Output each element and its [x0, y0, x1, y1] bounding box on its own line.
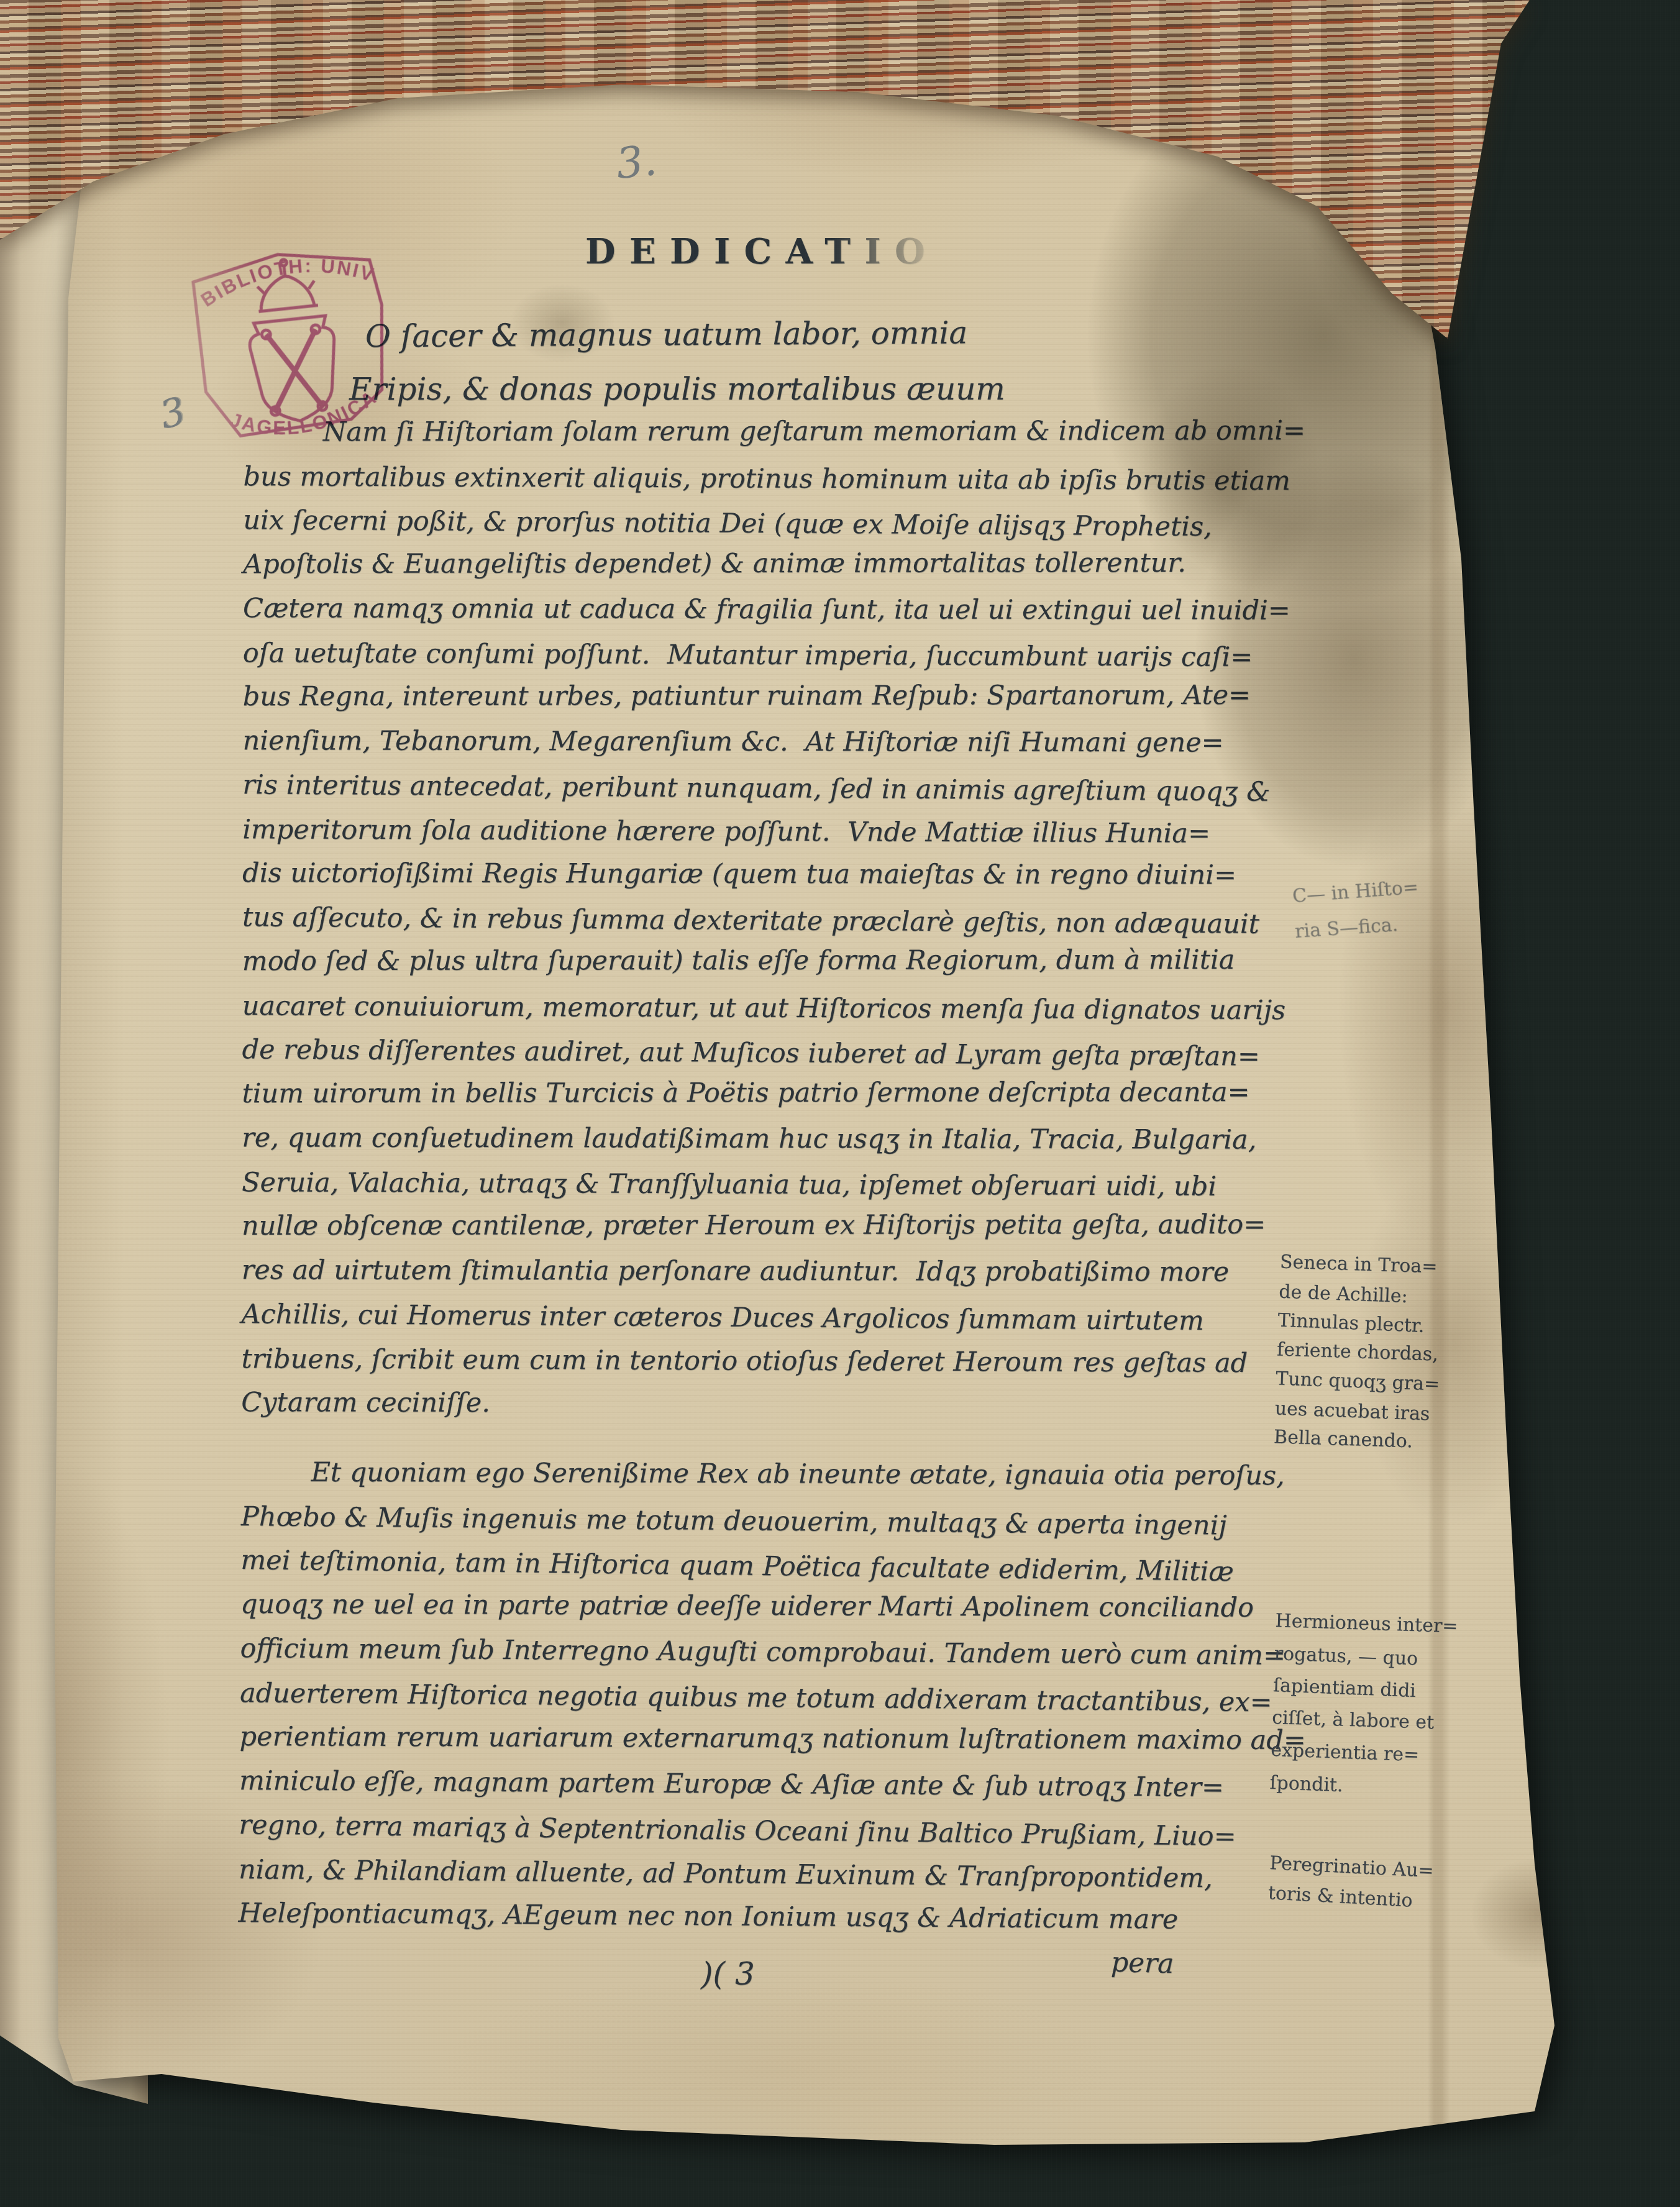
photographed-book-page: 3. DEDICATIO: [0, 0, 1680, 2207]
book-block-wrapper: [0, 0, 1680, 2207]
book-page-edges: [0, 0, 1680, 373]
